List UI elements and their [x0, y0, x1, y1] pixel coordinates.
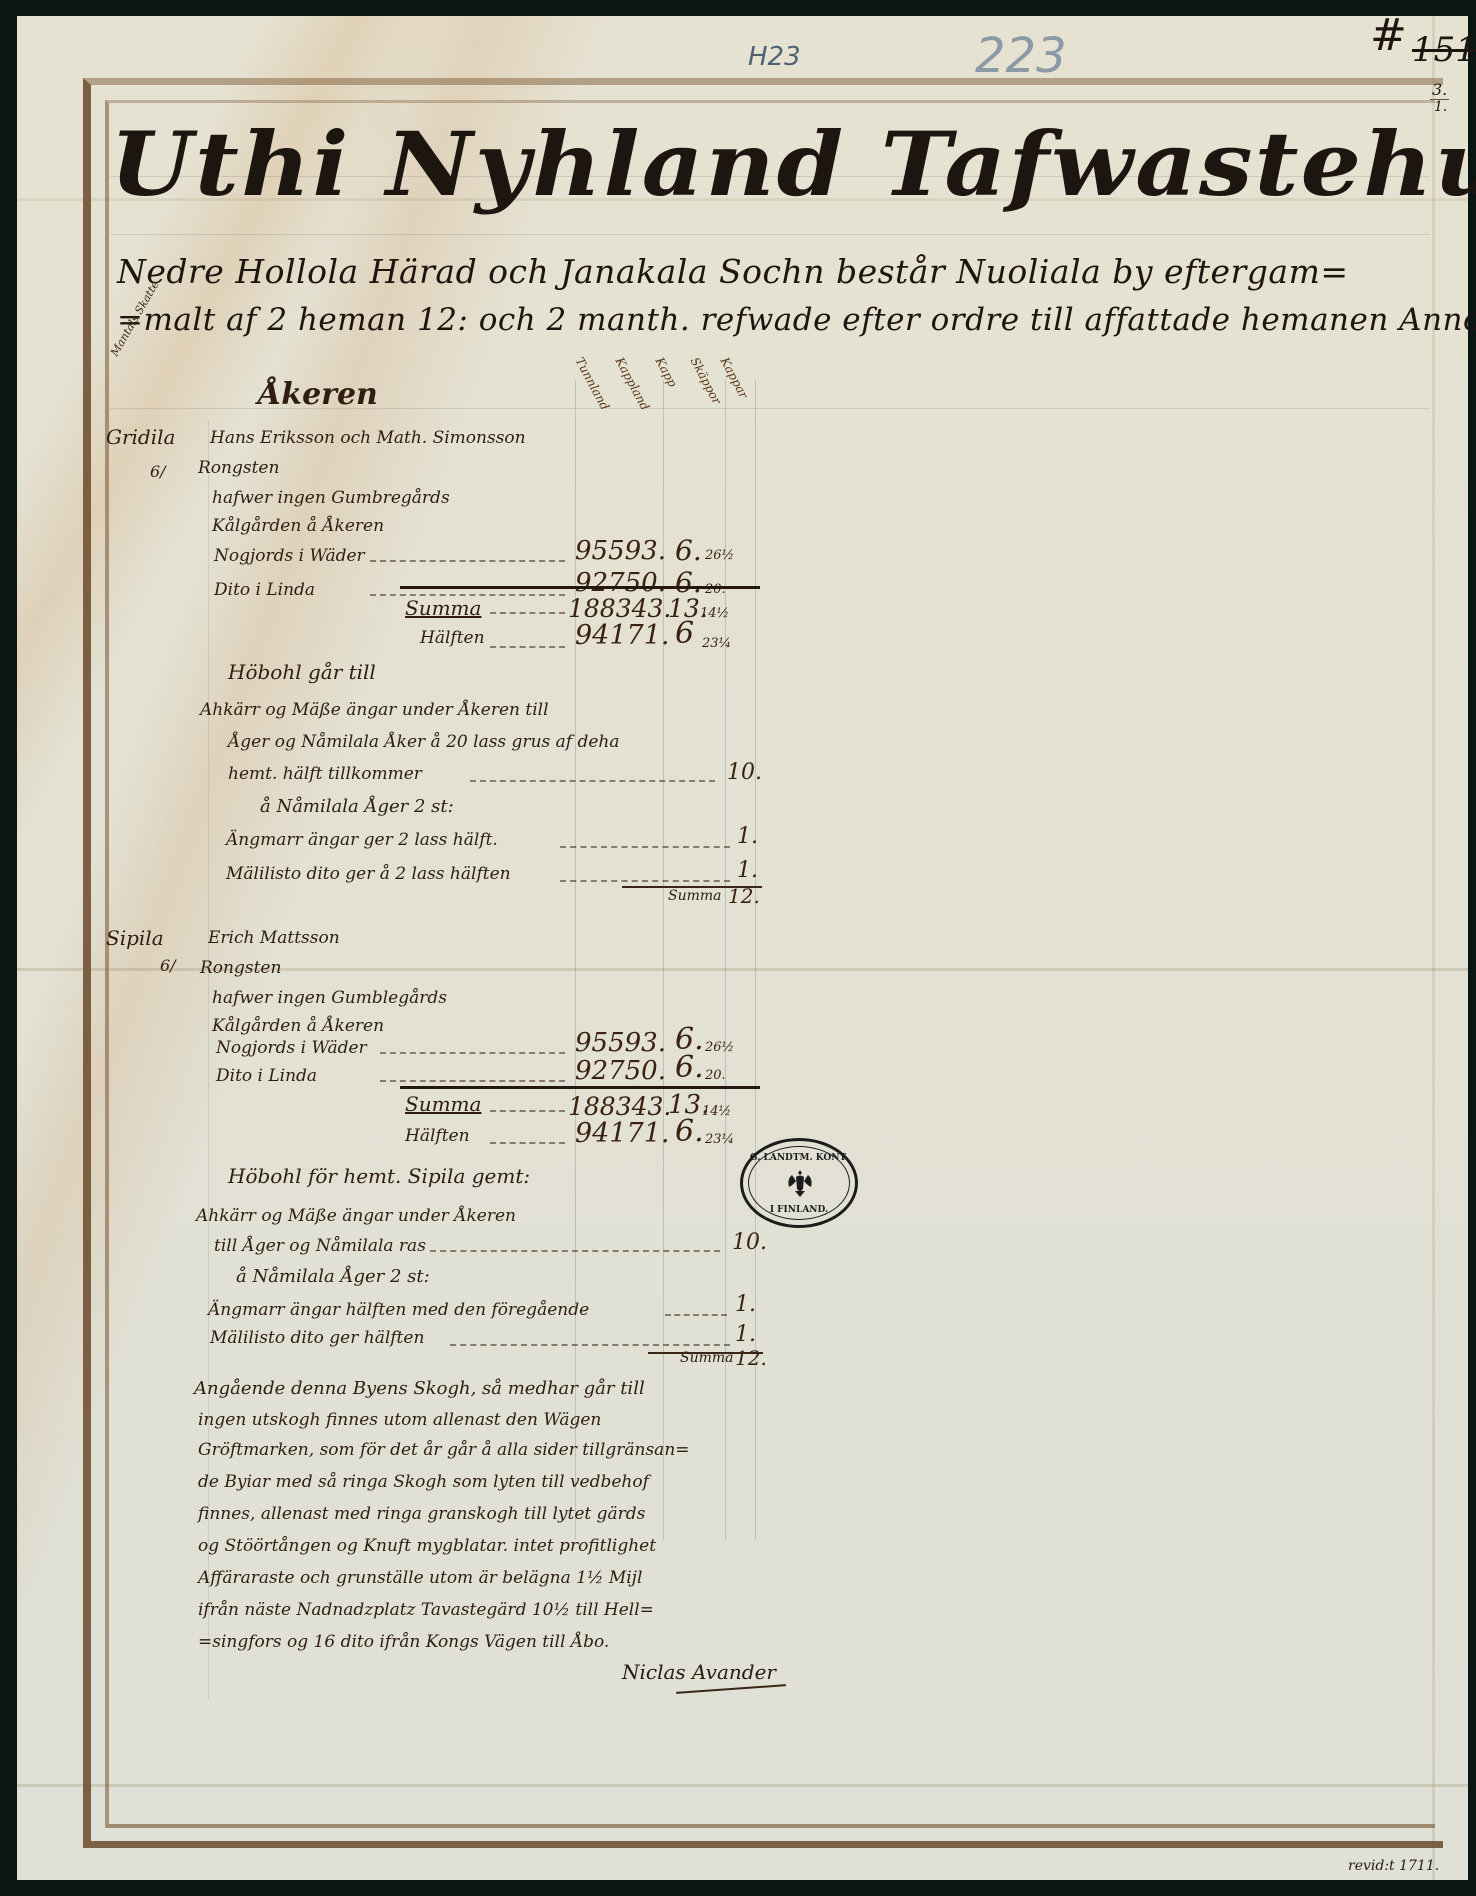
folio-fraction-numerator: 3.: [1430, 80, 1449, 100]
meadow-value: 1.: [737, 858, 758, 883]
leader-dashes: [560, 846, 730, 848]
subtitle-line-2: =malt af 2 heman 12: och 2 manth. refwad…: [117, 302, 1476, 338]
leader-dashes: [380, 1080, 565, 1082]
ledger-line: hafwer ingen Gumbregårds: [212, 488, 450, 508]
signature: Niclas Avander: [622, 1660, 776, 1684]
pencil-mark-223: 223: [975, 28, 1067, 84]
half-fraction: 23¼: [705, 1132, 734, 1147]
ledger-line: Kålgården å Åkeren: [212, 516, 384, 536]
amount-whole: 95593.: [575, 536, 666, 566]
leader-dashes: [370, 560, 565, 562]
document-title: Uthi Nyhland Tafwastehus Låhn: [110, 112, 1476, 216]
meadow-value: 10.: [727, 760, 762, 785]
ledger-line: Hans Eriksson och Math. Simonsson: [210, 428, 526, 448]
half-label: Hälften: [420, 628, 485, 648]
leader-dashes: [470, 780, 715, 782]
ledger-line: Kålgården å Åkeren: [212, 1016, 384, 1036]
meadow-total-value: 12.: [728, 884, 760, 908]
note-line: Angående denna Byens Skogh, så medhar gå…: [194, 1378, 645, 1399]
ledger-line: Nogjords i Wäder: [214, 546, 365, 566]
ledger-line: Rongsten: [200, 958, 281, 978]
sum-whole: 188343.: [568, 594, 671, 623]
leader-dashes: [450, 1344, 730, 1346]
farm-name: Gridila: [106, 425, 175, 449]
half-whole: 94171.: [575, 620, 669, 651]
crossed-folio-number: 151: [1412, 30, 1476, 70]
half-part: 6: [675, 616, 694, 651]
meadow-heading: Höbohl går till: [228, 660, 376, 684]
meadow-line: å Nåmilala Åger 2 st:: [260, 796, 454, 817]
sum-whole: 188343.: [568, 1092, 671, 1121]
meadow-line: Ängmarr ängar ger 2 lass hälft.: [226, 830, 498, 850]
sum-label: Summa: [405, 596, 481, 620]
amount-fraction: 26½: [705, 1040, 734, 1055]
sum-label: Summa: [405, 1092, 481, 1116]
meadow-value: 1.: [737, 824, 758, 849]
meadow-line: hemt. hälft tillkommer: [228, 764, 422, 784]
stamp-top-text: G. LANDTM. KONT.: [743, 1153, 855, 1163]
half-part: 6.: [675, 1114, 704, 1149]
sum-rule: [400, 586, 760, 589]
pencil-mark-h23: H23: [748, 42, 801, 72]
half-whole: 94171.: [575, 1118, 669, 1149]
amount-part: 6.: [675, 1050, 704, 1085]
ledger-line: Rongsten: [198, 458, 279, 478]
meadow-total-label: Summa: [668, 888, 722, 904]
amount-part: 6.: [675, 534, 702, 567]
double-headed-eagle-icon: [783, 1167, 817, 1201]
crossed-mark: #: [1370, 10, 1407, 61]
ledger-line: Dito i Linda: [216, 1066, 317, 1086]
leader-dashes: [430, 1250, 720, 1252]
note-line: finnes, allenast med ringa granskogh til…: [198, 1504, 645, 1524]
meadow-line: till Åger og Nåmilala ras: [214, 1236, 426, 1256]
sum-fraction: 14½: [700, 606, 729, 621]
note-line: =singfors og 16 dito ifrån Kongs Vägen t…: [198, 1632, 609, 1652]
meadow-line: Ahkärr og Mäße ängar under Åkeren till: [200, 700, 549, 720]
amount-fraction: 20.: [705, 1068, 726, 1083]
meadow-line: Ahkärr og Mäße ängar under Åkeren: [196, 1206, 516, 1226]
stamp-bottom-text: I FINLAND.: [743, 1205, 855, 1215]
sum-fraction: 14½: [702, 1104, 731, 1119]
sum-rule: [400, 1086, 760, 1089]
farm-share: 6/: [160, 956, 176, 975]
note-line: og Stöörtången og Knuft mygblatar. intet…: [198, 1536, 656, 1556]
amount-fraction: 26½: [705, 548, 734, 563]
note-line: Affäraraste och grunställe utom är beläg…: [198, 1568, 642, 1588]
leader-dashes: [490, 1142, 565, 1144]
meadow-line: Mälilisto dito ger hälften: [210, 1328, 424, 1348]
ledger-line: Erich Mattsson: [208, 928, 340, 948]
ledger-line: hafwer ingen Gumblegårds: [212, 988, 447, 1008]
half-fraction: 23¼: [702, 636, 731, 651]
amount-whole: 92750.: [575, 1056, 666, 1086]
leader-dashes: [560, 880, 730, 882]
meadow-line: Åger og Nåmilala Åker å 20 lass grus af …: [228, 732, 620, 752]
meadow-line: å Nåmilala Åger 2 st:: [236, 1266, 430, 1287]
half-label: Hälften: [405, 1126, 470, 1146]
meadow-line: Mälilisto dito ger å 2 lass hälften: [226, 864, 511, 884]
ledger-line: Nogjords i Wäder: [216, 1038, 367, 1058]
meadow-value: 10.: [732, 1230, 767, 1255]
leader-dashes: [490, 1110, 565, 1112]
farm-share: 6/: [150, 462, 166, 481]
meadow-total-label: Summa: [680, 1350, 734, 1366]
leader-dashes: [490, 612, 565, 614]
ruling-line: [110, 234, 1430, 235]
leader-dashes: [665, 1314, 727, 1316]
ledger-line: Dito i Linda: [214, 580, 315, 600]
note-line: Gröftmarken, som för det år går å alla s…: [198, 1440, 690, 1460]
leader-dashes: [380, 1052, 565, 1054]
note-line: de Byiar med så ringa Skogh som lyten ti…: [198, 1472, 649, 1492]
archive-stamp: G. LANDTM. KONT. I FINLAND.: [740, 1138, 858, 1228]
farm-name: Sipila: [106, 926, 164, 950]
meadow-total-value: 12.: [735, 1346, 767, 1370]
section-heading-akeren: Åkeren: [258, 377, 378, 412]
revision-note: revid:t 1711.: [1348, 1858, 1439, 1874]
note-line: ifrån näste Nadnadzplatz Tavastegärd 10½…: [198, 1600, 654, 1620]
amount-fraction: 20.: [705, 582, 726, 597]
subtitle-line-1: Nedre Hollola Härad och Janakala Sochn b…: [117, 252, 1349, 291]
meadow-heading: Höbohl för hemt. Sipila gemt:: [228, 1164, 530, 1188]
leader-dashes: [490, 646, 565, 648]
note-line: ingen utskogh finnes utom allenast den W…: [198, 1410, 601, 1430]
meadow-line: Ängmarr ängar hälften med den föregående: [208, 1300, 589, 1320]
meadow-value: 1.: [735, 1292, 756, 1317]
meadow-value: 1.: [735, 1322, 756, 1347]
amount-whole: 95593.: [575, 1028, 666, 1058]
